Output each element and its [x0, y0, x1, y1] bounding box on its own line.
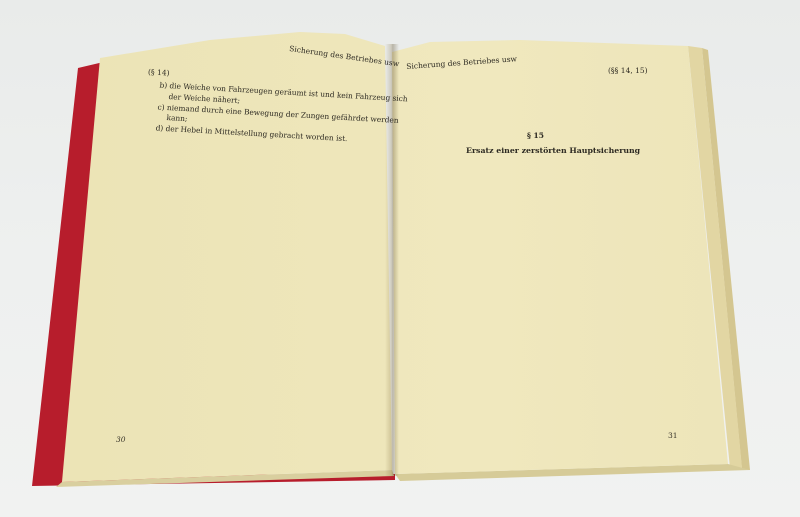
section-title: Ersatz einer zerstörten Hauptsicherung — [466, 146, 640, 155]
left-section-ref: (§ 14) — [148, 67, 170, 77]
section-number: § 15 — [527, 131, 544, 140]
left-page-number: 30 — [116, 435, 126, 444]
right-page-number: 31 — [668, 431, 678, 440]
right-section-ref: (§§ 14, 15) — [608, 66, 648, 75]
